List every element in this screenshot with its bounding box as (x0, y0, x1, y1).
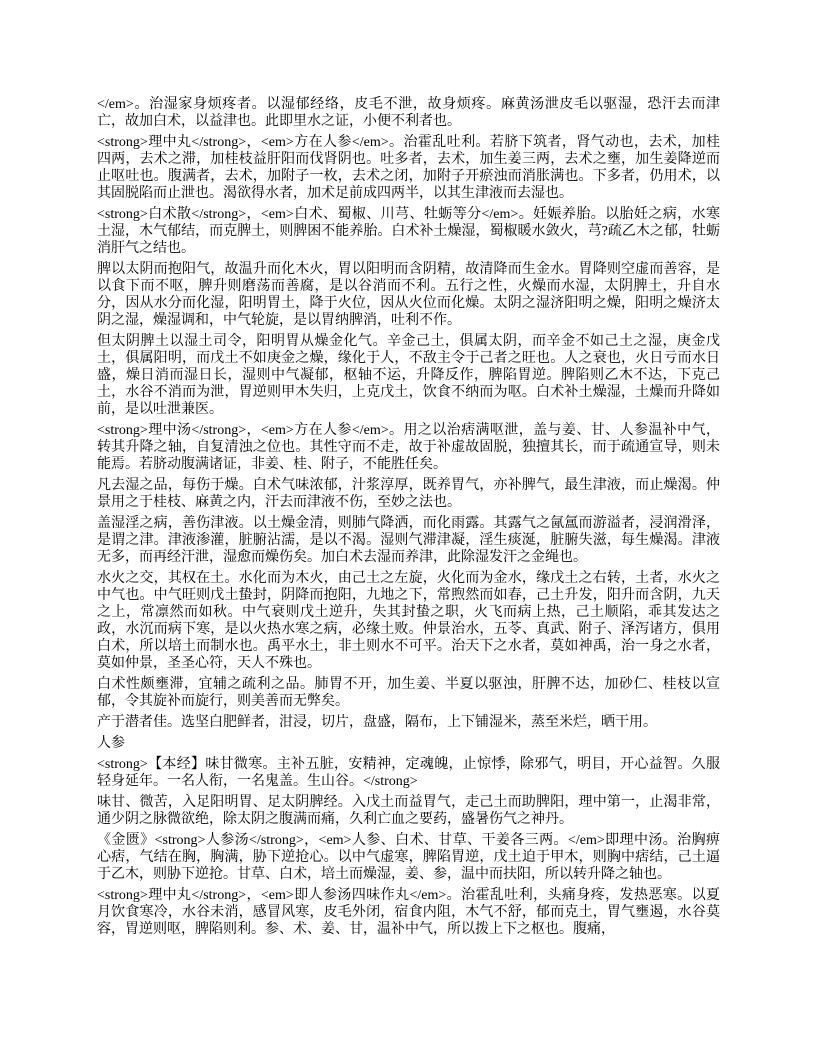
paragraph: <strong>白术散</strong>，<em>白术、蜀椒、川芎、牡蛎等分</… (97, 206, 720, 257)
paragraph: <strong>理中丸</strong>，<em>方在人参</em>。治霍乱吐利… (97, 134, 720, 202)
paragraph: 白术性颇壅滞，宜辅之疏利之品。肺胃不开，加生姜、半夏以驱浊，肝脾不达，加砂仁、桂… (97, 676, 720, 710)
paragraph: 脾以太阴而抱阳气，故温升而化木火，胃以阳明而含阴精，故清降而生金水。胃降则空虚而… (97, 261, 720, 329)
paragraph: 凡去湿之品，每伤于燥。白术气味浓郁，汁浆淳厚，既养胃气，亦补脾气，最生津液，而止… (97, 477, 720, 511)
paragraph: 但太阴脾土以湿土司令，阳明胃从燥金化气。辛金己土，俱属太阴，而辛金不如己土之湿，… (97, 333, 720, 418)
paragraph: 水火之交，其权在土。水化而为木火，由己土之左旋，火化而为金水，缘戊土之右转，土者… (97, 570, 720, 672)
paragraph: <strong>理中汤</strong>，<em>方在人参</em>。用之以治痞… (97, 422, 720, 473)
document-body: </em>。治湿家身烦疼者。以湿郁经络，皮毛不泄，故身烦疼。麻黄汤泄皮毛以驱湿，… (97, 96, 720, 938)
paragraph: 味甘、微苦，入足阳明胃、足太阴脾经。入戊土而益胃气，走己土而助脾阳，理中第一，止… (97, 794, 720, 828)
paragraph: 人参 (97, 735, 720, 752)
paragraph: </em>。治湿家身烦疼者。以湿郁经络，皮毛不泄，故身烦疼。麻黄汤泄皮毛以驱湿，… (97, 96, 720, 130)
paragraph: 《金匮》<strong>人参汤</strong>，<em>人参、白术、甘草、干姜… (97, 832, 720, 883)
document-page: </em>。治湿家身烦疼者。以湿郁经络，皮毛不泄，故身烦疼。麻黄汤泄皮毛以驱湿，… (0, 0, 816, 1056)
paragraph: 盖湿淫之病，善伤津液。以土燥金清，则肺气降洒，而化雨露。其露气之氤氲而游溢者，浸… (97, 515, 720, 566)
paragraph: <strong>【本经】味甘微寒。主补五脏，安精神，定魂魄，止惊悸，除邪气，明目… (97, 756, 720, 790)
paragraph: 产于潜者佳。选坚白肥鲜者，泔浸，切片，盘盛，隔布，上下铺湿米，蒸至米烂，晒干用。 (97, 714, 720, 731)
paragraph: <strong>理中丸</strong>，<em>即人参汤四味作丸</em>。治… (97, 887, 720, 938)
